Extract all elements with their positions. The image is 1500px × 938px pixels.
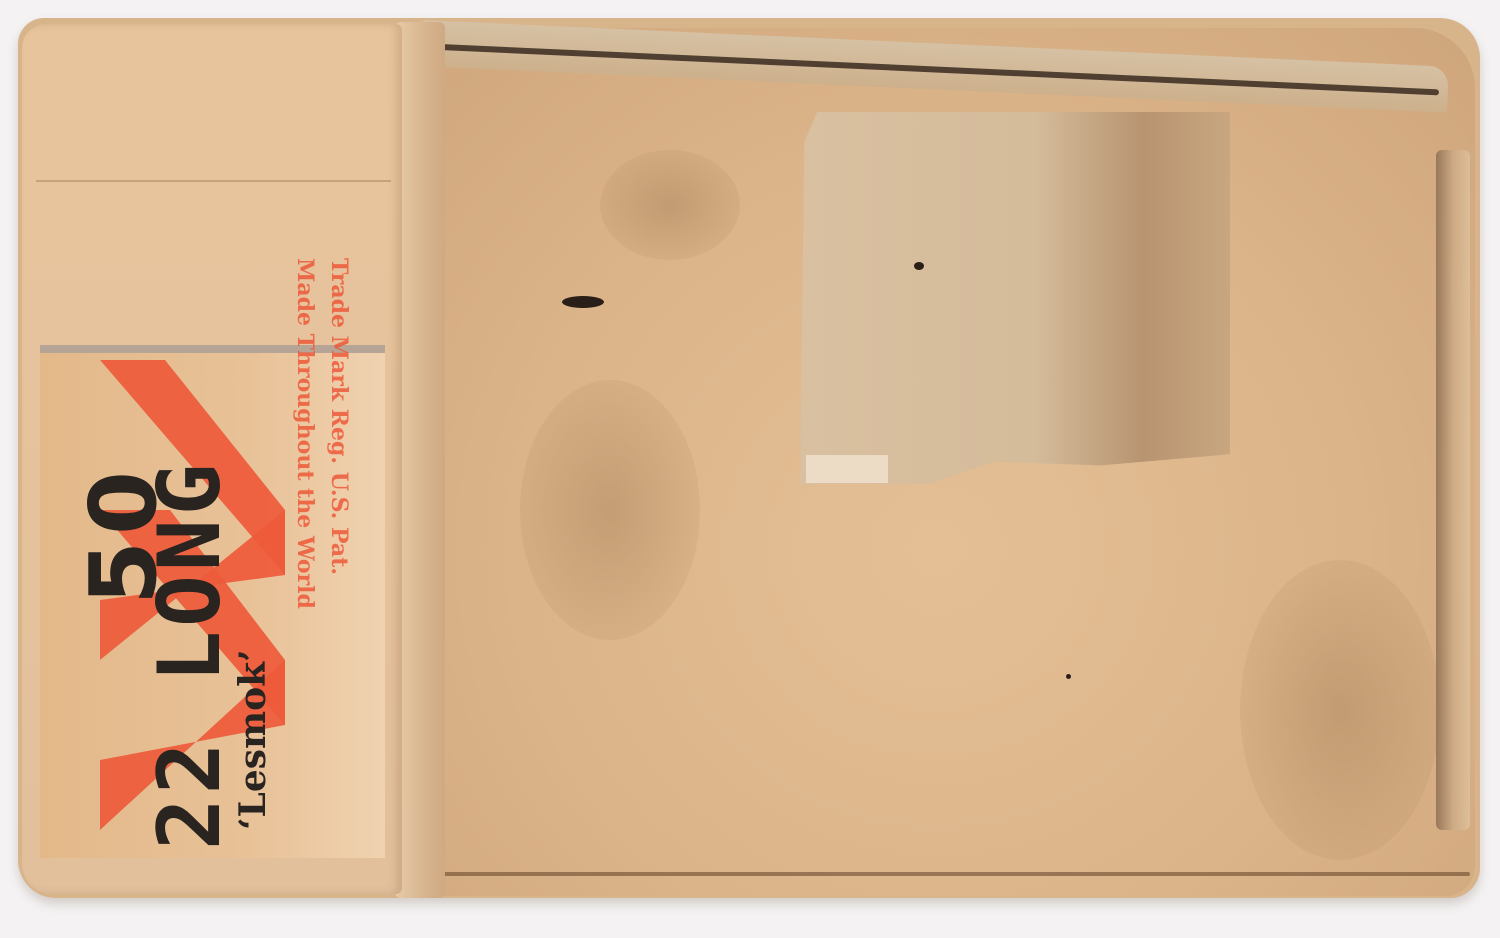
worldwide-fine-print: Made Throughout the World — [292, 258, 318, 609]
ink-spot — [562, 296, 604, 308]
stain — [1240, 560, 1440, 860]
trademark-fine-print: Trade Mark Reg. U.S. Pat. — [326, 258, 352, 575]
ink-spot — [914, 262, 924, 270]
box-right-edge — [1436, 150, 1470, 830]
powder-type-text: ‘Lesmok’ — [232, 649, 274, 830]
ink-spot — [1066, 674, 1071, 679]
stain — [600, 150, 740, 260]
stain — [520, 380, 700, 640]
torn-label-strip — [806, 455, 888, 483]
caliber-text: 22 LONG — [140, 460, 240, 850]
end-panel-fold-line — [36, 180, 391, 182]
box-side-strip — [395, 22, 445, 898]
torn-label-scar — [800, 112, 1230, 484]
box-bottom-seam — [430, 872, 1470, 876]
